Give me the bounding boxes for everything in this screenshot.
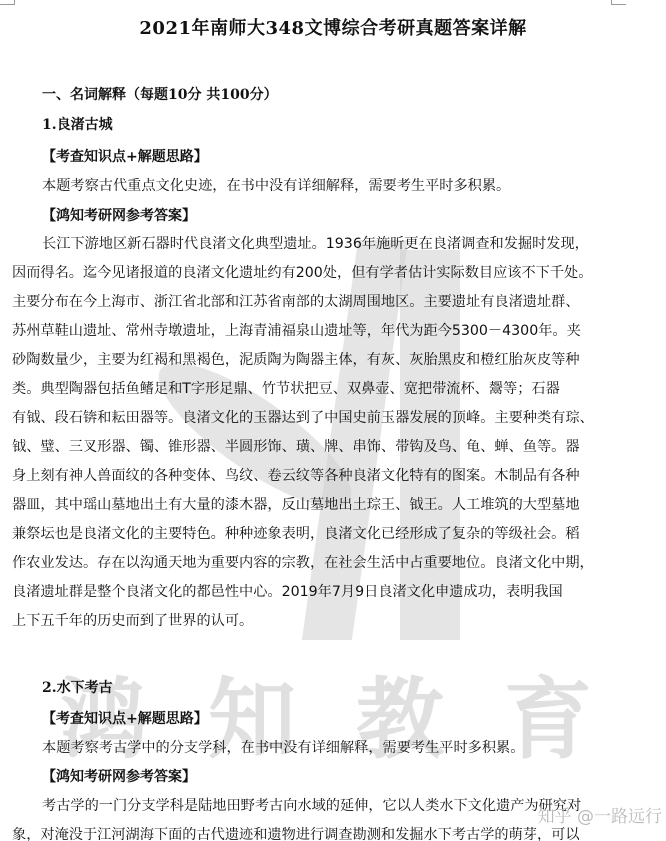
answer-line: 因而得名。迄今见诸报道的良渚文化遗址约有200处，但有学者估计实际数目应该不下千… bbox=[12, 262, 592, 282]
answer-line: 身上刻有神人兽面纹的各种变体、鸟纹、卷云纹等各种良渚文化特有的图案。木制品有各种 bbox=[12, 465, 580, 485]
answer-line: 砂陶数量少，主要为红褐和黑褐色，泥质陶为陶器主体，有灰、灰胎黑皮和橙红胎灰皮等种 bbox=[12, 349, 580, 369]
answer-line: 良渚遗址群是整个良渚文化的都邑性中心。2019年7月9日良渚文化申遗成功，表明我… bbox=[12, 581, 563, 601]
zhihu-watermark: 知乎 @一路远行 bbox=[538, 802, 662, 827]
answer-line: 象，对淹没于江河湖海下面的古代遗迹和遗物进行调查勘测和发掘水下考古学的萌芽，可以 bbox=[12, 824, 580, 841]
knowledge-label: 【考查知识点+解题思路】 bbox=[42, 708, 208, 728]
answer-label: 【鸿知考研网参考答案】 bbox=[42, 766, 196, 786]
answer-label: 【鸿知考研网参考答案】 bbox=[42, 205, 196, 225]
page-title: 2021年南师大348文博综合考研真题答案详解 bbox=[0, 14, 666, 40]
knowledge-label: 【考查知识点+解题思路】 bbox=[42, 146, 208, 166]
answer-line: 上下五千年的历史而到了世界的认可。 bbox=[12, 610, 253, 630]
question-heading: 2.水下考古 bbox=[42, 677, 113, 697]
answer-line: 器皿，其中瑶山墓地出土有大量的漆木器，反山墓地出土琮王、钺王。人工堆筑的大型墓地 bbox=[12, 494, 580, 514]
answer-line: 长江下游地区新石器时代良渚文化典型遗址。1936年施昕更在良渚调查和发掘时发现， bbox=[42, 233, 589, 253]
answer-line: 类。典型陶器包括鱼鳍足和T字形足鼎、竹节状把豆、双鼻壶、宽把带流杯、鬶等；石器 bbox=[12, 378, 560, 398]
knowledge-text: 本题考察古代重点文化史迹，在书中没有详细解释，需要考生平时多积累。 bbox=[42, 175, 510, 195]
answer-line: 钺、璧、三叉形器、镯、锥形器、半圆形饰、璜、牌、串饰、带钩及鸟、龟、蝉、鱼等。器 bbox=[12, 436, 580, 456]
answer-line: 主要分布在今上海市、浙江省北部和江苏省南部的太湖周围地区。主要遗址有良渚遗址群、 bbox=[12, 291, 580, 311]
answer-line: 考古学的一门分支学科是陆地田野考古向水域的延伸，它以人类水下文化遗产为研究对 bbox=[42, 795, 581, 815]
knowledge-text: 本题考察考古学中的分支学科，在书中没有详细解释，需要考生平时多积累。 bbox=[42, 737, 524, 757]
answer-line: 兼祭坛也是良渚文化的主要特色。种种迹象表明，良渚文化已经形成了复杂的等级社会。稻 bbox=[12, 523, 580, 543]
answer-line: 作农业发达。存在以沟通天地为重要内容的宗教，在社会生活中占重要地位。良渚文化中期… bbox=[12, 552, 594, 572]
question-heading: 1.良渚古城 bbox=[42, 114, 113, 134]
page-corner-mark bbox=[0, 0, 15, 5]
page-corner-mark bbox=[611, 0, 626, 5]
answer-line: 有钺、段石锛和耘田器等。良渚文化的玉器达到了中国史前玉器发展的顶峰。主要种类有琮… bbox=[12, 407, 594, 427]
section-heading: 一、名词解释（每题10分 共100分） bbox=[42, 84, 278, 104]
answer-line: 苏州草鞋山遗址、常州寺墩遗址，上海青浦福泉山遗址等，年代为距今5300－4300… bbox=[12, 320, 581, 340]
